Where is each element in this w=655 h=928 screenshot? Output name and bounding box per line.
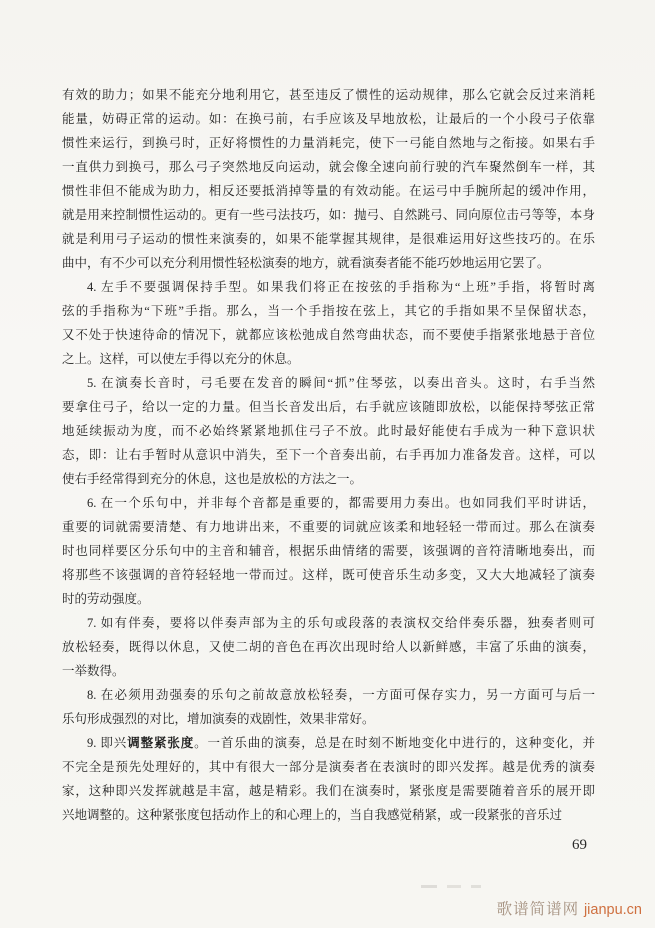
text-line: 乐句形成强烈的对比，增加演奏的戏剧性，效果非常好。 bbox=[62, 707, 595, 731]
text-line: 重要的词就需要清楚、有力地讲出来，不重要的词就应该柔和地轻轻一带而过。那么在演奏 bbox=[62, 515, 595, 539]
text-line: 使右手经常得到充分的休息，这也是放松的方法之一。 bbox=[62, 467, 595, 491]
text-line: 8. 在必须用劲强奏的乐句之前故意放松轻奏，一方面可保存实力，另一方面可与后一 bbox=[62, 683, 595, 707]
text-line: 一举数得。 bbox=[62, 659, 595, 683]
scanned-book-page: 有效的助力；如果不能充分地利用它，甚至违反了惯性的运动规律，那么它就会反过来消耗… bbox=[0, 0, 655, 928]
text-line: 惯性非但不能成为助力，相反还要抵消掉等量的有效动能。在运弓中手腕所起的缓冲作用， bbox=[62, 179, 595, 203]
text-line: 不完全是预先处理好的，其中有很大一部分是演奏者在表演时的即兴发挥。越是优秀的演奏 bbox=[62, 755, 595, 779]
text-line: 又不处于快速待命的情况下，就都应该松弛成自然弯曲状态，而不要使手指紧张地悬于音位 bbox=[62, 323, 595, 347]
text-line: 放松轻奏，既得以休息，又使二胡的音色在再次出现时给人以新鲜感，丰富了乐曲的演奏， bbox=[62, 635, 595, 659]
text-line: 曲中，有不少可以充分利用惯性轻松演奏的地方，就看演奏者能不能巧妙地运用它罢了。 bbox=[62, 251, 595, 275]
text-line: 就是用来控制惯性运动的。更有一些弓法技巧，如：抛弓、自然跳弓、同向原位击弓等等，… bbox=[62, 203, 595, 227]
text-segment: 。一首乐曲的演奏，总是在时刻不断地变化中进行的，这种变化，并 bbox=[194, 736, 595, 750]
text-line: 6. 在一个乐句中，并非每个音都是重要的，都需要用力奏出。也如同我们平时讲话， bbox=[62, 491, 595, 515]
text-line: 要拿住弓子，给以一定的力量。但当长音发出后，右手就应该随即放松，以能保持琴弦正常 bbox=[62, 395, 595, 419]
text-line: 7. 如有伴奏，要将以伴奏声部为主的乐句或段落的表演权交给伴奏乐器，独奏者则可 bbox=[62, 611, 595, 635]
watermark: 歌谱简谱网 jianpu.cn bbox=[497, 899, 642, 921]
text-line: 时也同样要区分乐句中的主音和辅音，根据乐曲情绪的需要，该强调的音符清晰地奏出，而 bbox=[62, 539, 595, 563]
text-line: 一直供力到换弓，那么弓子突然地反向运动，就会像全速向前行驶的汽车聚然倒车一样，其 bbox=[62, 155, 595, 179]
text-line: 能量，妨碍正常的运动。如：在换弓前，右手应该及早地放松，让最后的一个小段弓子依靠 bbox=[62, 107, 595, 131]
text-line: 有效的助力；如果不能充分地利用它，甚至违反了惯性的运动规律，那么它就会反过来消耗 bbox=[62, 83, 595, 107]
text-line: 9. 即兴调整紧张度。一首乐曲的演奏，总是在时刻不断地变化中进行的，这种变化，并 bbox=[62, 731, 595, 755]
text-line: 时的劳动强度。 bbox=[62, 587, 595, 611]
text-line: 弦的手指称为“下班”手指。那么，当一个手指按在弦上，其它的手指如果不呈保留状态， bbox=[62, 299, 595, 323]
text-line: 兴地调整的。这种紧张度包括动作上的和心理上的，当自我感觉稍紧，或一段紧张的音乐过 bbox=[62, 803, 595, 827]
text-line: 地延续振动为度，而不必始终紧紧地抓住弓子不放。此时最好能使右手成为一种下意识状 bbox=[62, 419, 595, 443]
text-line: 将那些不该强调的音符轻轻地一带而过。这样，既可使音乐生动多变，又大大地减轻了演奏 bbox=[62, 563, 595, 587]
text-line: 家，这种即兴发挥就越是丰富，越是精彩。我们在演奏时，紧张度是需要随着音乐的展开即 bbox=[62, 779, 595, 803]
text-block: 有效的助力；如果不能充分地利用它，甚至违反了惯性的运动规律，那么它就会反过来消耗… bbox=[62, 83, 595, 827]
watermark-site-url: jianpu.cn bbox=[584, 902, 642, 918]
emphasized-term: 调整紧张度 bbox=[127, 736, 194, 750]
text-line: 5. 在演奏长音时，弓毛要在发音的瞬间“抓”住琴弦，以奏出音头。这时，右手当然 bbox=[62, 371, 595, 395]
text-line: 之上。这样，可以使左手得以充分的休息。 bbox=[62, 347, 595, 371]
scan-smudge-artifact bbox=[421, 885, 491, 888]
text-line: 态，即：让右手暂时从意识中消失，至下一个音奏出前，右手再加力准备发音。这样，可以 bbox=[62, 443, 595, 467]
text-line: 就是利用弓子运动的惯性来演奏的，如果不能掌握其规律，是很难运用好这些技巧的。在乐 bbox=[62, 227, 595, 251]
text-line: 惯性来运行，到换弓时，正好将惯性的力量消耗完，使下一弓能自然地与之衔接。如果右手 bbox=[62, 131, 595, 155]
text-line: 4. 左手不要强调保持手型。如果我们将正在按弦的手指称为“上班”手指，将暂时离 bbox=[62, 275, 595, 299]
watermark-site-name: 歌谱简谱网 bbox=[497, 901, 580, 918]
text-segment: 9. 即兴 bbox=[87, 736, 127, 750]
page-number: 69 bbox=[62, 834, 595, 856]
